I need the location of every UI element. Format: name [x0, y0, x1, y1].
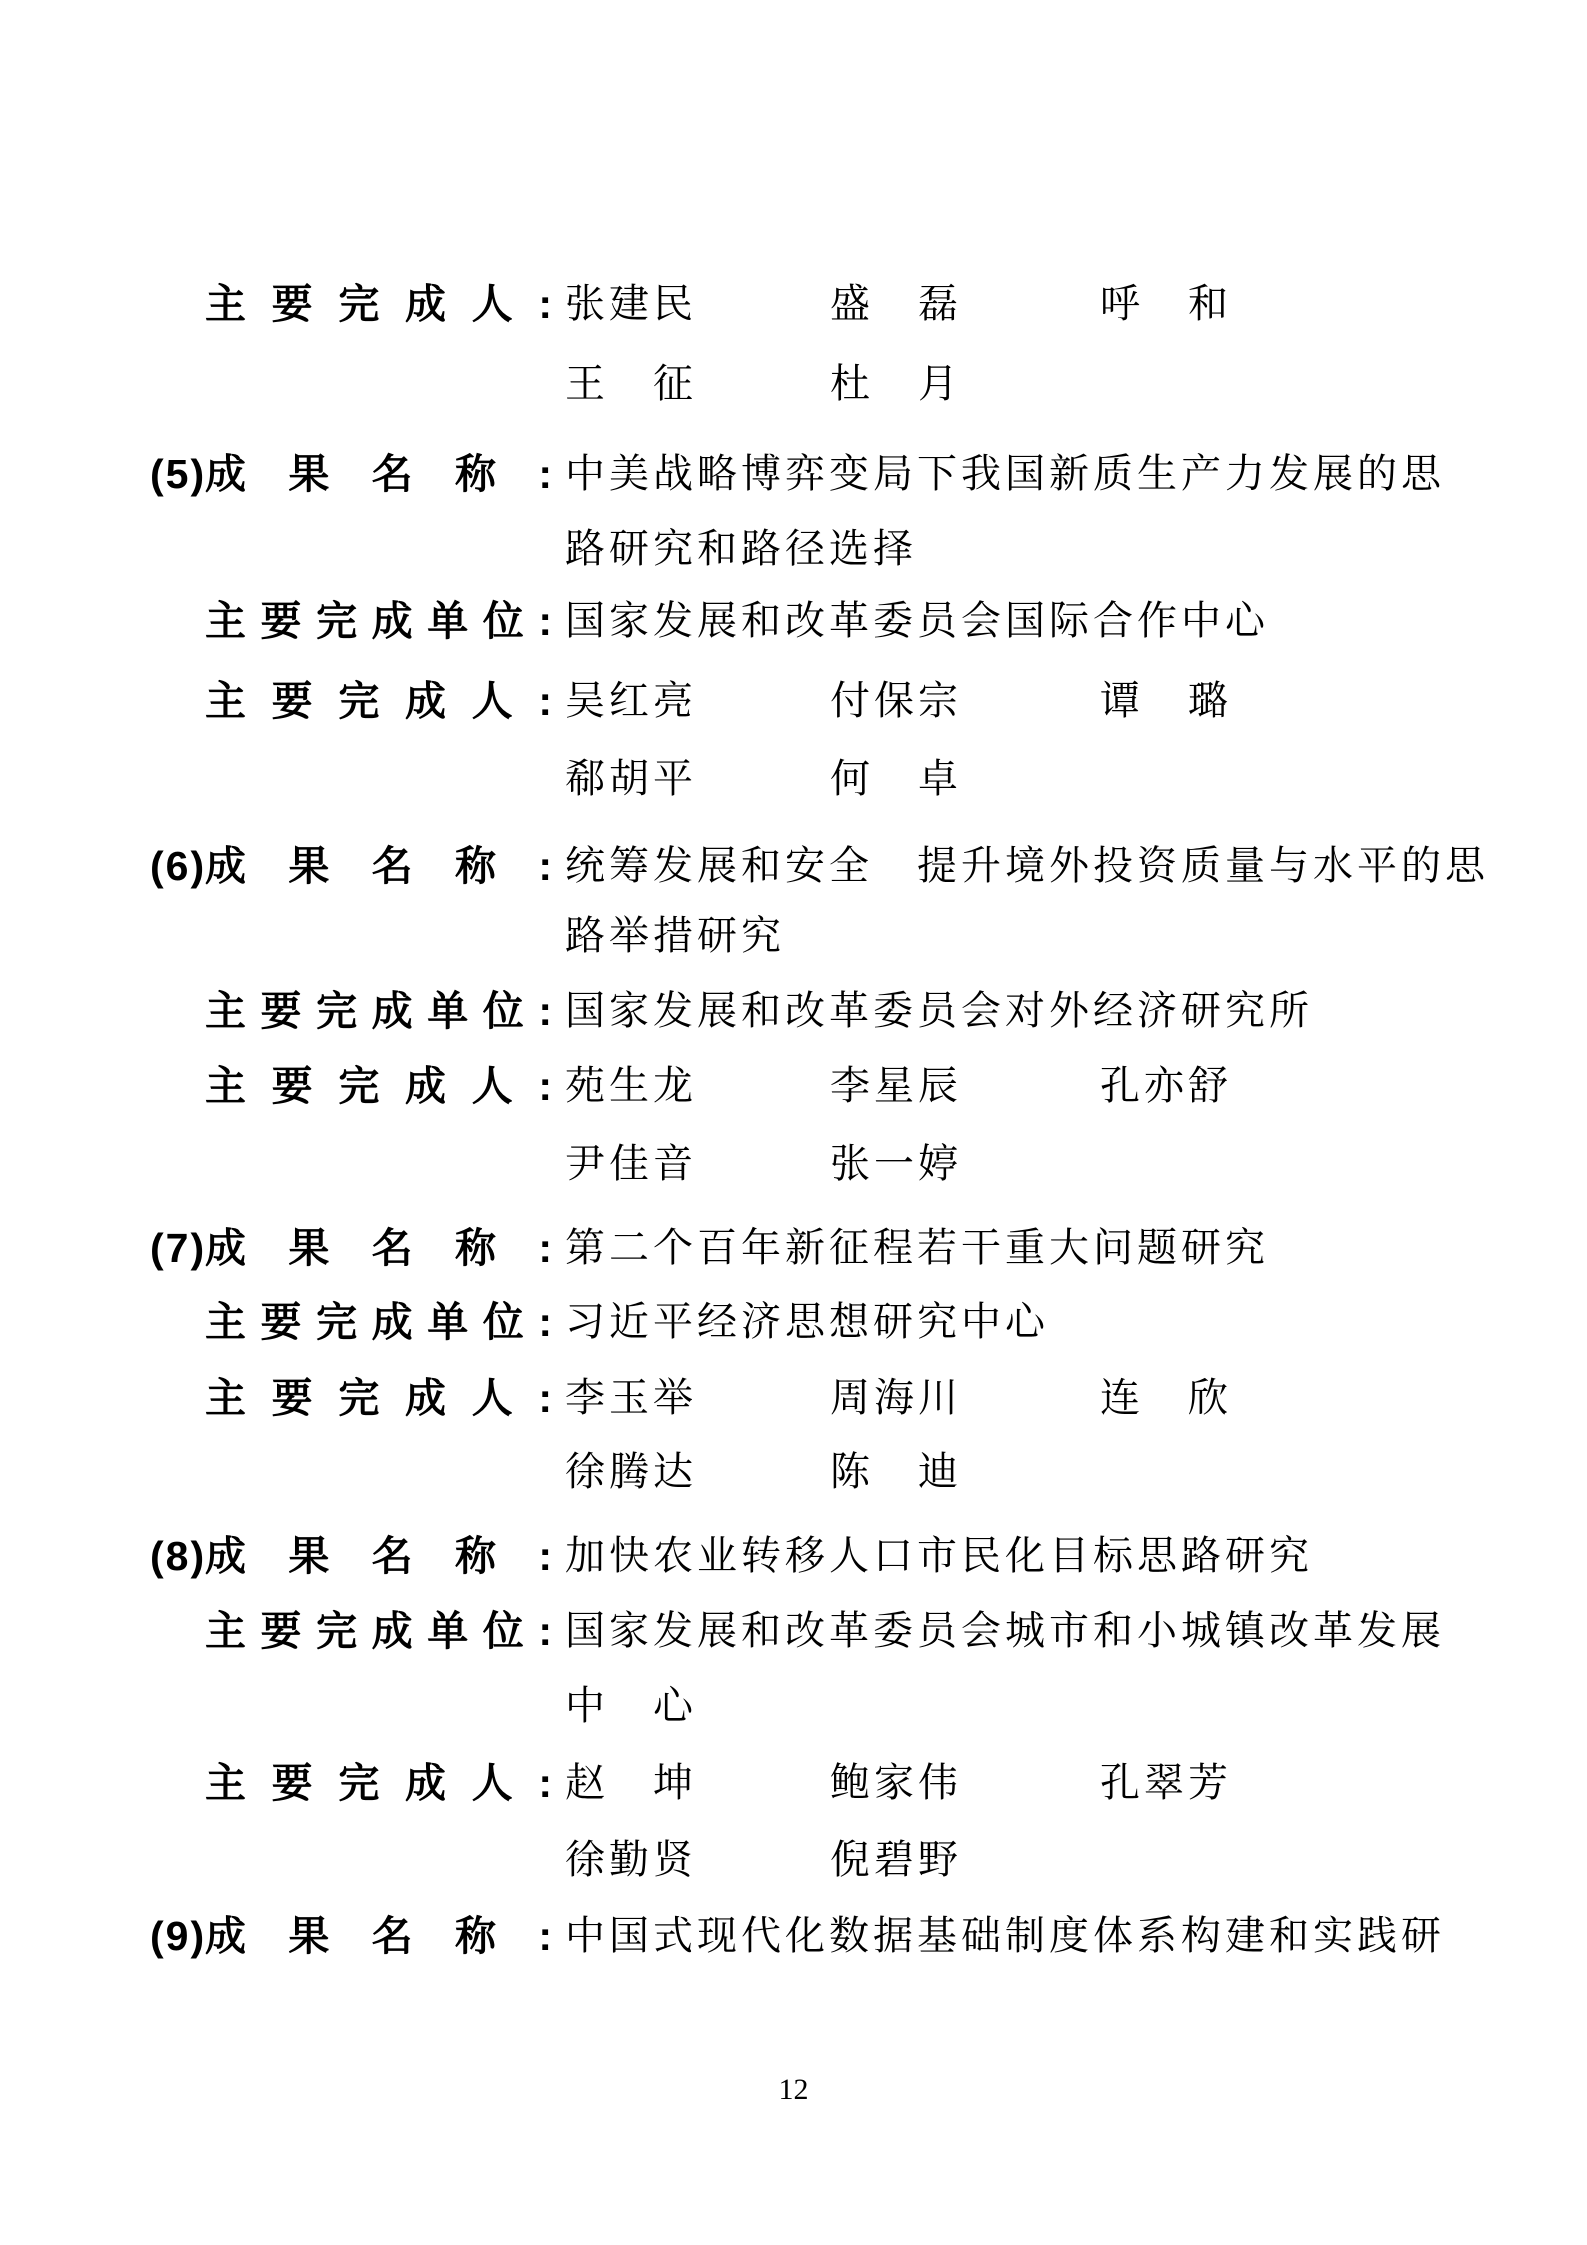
item-5-unit-row: 主要完成单位: 国家发展和改革委员会国际合作中心 [0, 595, 1587, 647]
person-name: 付保宗 [830, 675, 1100, 727]
person-name: 张建民 [565, 278, 830, 330]
person-name: 李玉举 [565, 1372, 830, 1424]
item-6-unit-row: 主要完成单位: 国家发展和改革委员会对外经济研究所 [0, 985, 1587, 1037]
item-5-title-line-1: (5) 成果名称: 中美战略博弈变局下我国新质生产力发展的思 [0, 448, 1587, 500]
item-7-unit-row: 主要完成单位: 习近平经济思想研究中心 [0, 1296, 1587, 1348]
person-name: 孔亦舒 [1100, 1060, 1232, 1112]
main-unit-label: 主要完成单位: [205, 1296, 552, 1348]
unit-name: 国家发展和改革委员会城市和小城镇改革发展 [565, 1605, 1445, 1657]
item-6-title-line-1: (6) 成果名称: 统筹发展和安全 提升境外投资质量与水平的思 [0, 840, 1587, 892]
person-name: 呼 和 [1100, 278, 1232, 330]
person-name: 苑生龙 [565, 1060, 830, 1112]
item-8-title-line-1: (8) 成果名称: 加快农业转移人口市民化目标思路研究 [0, 1530, 1587, 1582]
result-title: 路举措研究 [565, 910, 785, 962]
person-name: 徐勤贤 [565, 1834, 830, 1886]
main-person-label: 主要完成人: [205, 1757, 552, 1809]
item-7-person-row-2: 徐腾达 陈 迪 [0, 1446, 1587, 1498]
person-name: 周海川 [830, 1372, 1100, 1424]
item-8-person-row-2: 徐勤贤 倪碧野 [0, 1834, 1587, 1886]
person-name: 陈 迪 [830, 1446, 1100, 1498]
item-5-title-line-2: 路研究和路径选择 [0, 523, 1587, 575]
result-name-label: 成果名称: [205, 1530, 552, 1582]
person-name: 鲍家伟 [830, 1757, 1100, 1809]
person-name: 赵 坤 [565, 1757, 830, 1809]
item-9-title-line-1: (9) 成果名称: 中国式现代化数据基础制度体系构建和实践研 [0, 1910, 1587, 1962]
page-number: 12 [0, 2070, 1587, 2110]
item-7-title-line-1: (7) 成果名称: 第二个百年新征程若干重大问题研究 [0, 1222, 1587, 1274]
result-title: 路研究和路径选择 [565, 523, 917, 575]
person-name: 吴红亮 [565, 675, 830, 727]
main-person-label: 主要完成人: [205, 1060, 552, 1112]
main-person-label: 主要完成人: [205, 278, 552, 330]
item-5-person-row-1: 主要完成人: 吴红亮 付保宗 谭 璐 [0, 675, 1587, 727]
person-name: 何 卓 [830, 753, 1100, 805]
unit-name: 国家发展和改革委员会对外经济研究所 [565, 985, 1313, 1037]
item-number: (6) [150, 840, 206, 892]
person-name: 连 欣 [1100, 1372, 1232, 1424]
main-unit-label: 主要完成单位: [205, 595, 552, 647]
main-person-label: 主要完成人: [205, 1372, 552, 1424]
result-name-label: 成果名称: [205, 1222, 552, 1274]
person-name: 倪碧野 [830, 1834, 1100, 1886]
item-6-person-row-2: 尹佳音 张一婷 [0, 1138, 1587, 1190]
result-name-label: 成果名称: [205, 448, 552, 500]
unit-name: 习近平经济思想研究中心 [565, 1296, 1049, 1348]
unit-name: 国家发展和改革委员会国际合作中心 [565, 595, 1269, 647]
main-unit-label: 主要完成单位: [205, 1605, 552, 1657]
main-person-label: 主要完成人: [205, 675, 552, 727]
person-name: 李星辰 [830, 1060, 1100, 1112]
item-8-unit-row-2: 中 心 [0, 1680, 1587, 1732]
result-title: 中国式现代化数据基础制度体系构建和实践研 [565, 1910, 1445, 1962]
main-unit-label: 主要完成单位: [205, 985, 552, 1037]
item-6-person-row-1: 主要完成人: 苑生龙 李星辰 孔亦舒 [0, 1060, 1587, 1112]
document-page: 主要完成人: 张建民 盛 磊 呼 和 王 征 杜 月 (5) 成果名称: 中美战… [0, 0, 1587, 2245]
person-name: 盛 磊 [830, 278, 1100, 330]
item-8-person-row-1: 主要完成人: 赵 坤 鲍家伟 孔翠芳 [0, 1757, 1587, 1809]
item-number: (9) [150, 1910, 206, 1962]
person-name: 徐腾达 [565, 1446, 830, 1498]
result-title: 统筹发展和安全 提升境外投资质量与水平的思 [565, 840, 1489, 892]
person-name: 杜 月 [830, 358, 1100, 410]
item-5-person-row-2: 郗胡平 何 卓 [0, 753, 1587, 805]
person-name: 张一婷 [830, 1138, 1100, 1190]
result-title: 加快农业转移人口市民化目标思路研究 [565, 1530, 1313, 1582]
person-name: 尹佳音 [565, 1138, 830, 1190]
carryover-person-row-1: 主要完成人: 张建民 盛 磊 呼 和 [0, 278, 1587, 330]
item-6-title-line-2: 路举措研究 [0, 910, 1587, 962]
carryover-person-row-2: 王 征 杜 月 [0, 358, 1587, 410]
person-name: 郗胡平 [565, 753, 830, 805]
result-name-label: 成果名称: [205, 840, 552, 892]
item-7-person-row-1: 主要完成人: 李玉举 周海川 连 欣 [0, 1372, 1587, 1424]
item-number: (7) [150, 1222, 206, 1274]
result-title: 第二个百年新征程若干重大问题研究 [565, 1222, 1269, 1274]
item-8-unit-row-1: 主要完成单位: 国家发展和改革委员会城市和小城镇改革发展 [0, 1605, 1587, 1657]
person-name: 谭 璐 [1100, 675, 1232, 727]
person-name: 王 征 [565, 358, 830, 410]
person-name: 孔翠芳 [1100, 1757, 1232, 1809]
result-name-label: 成果名称: [205, 1910, 552, 1962]
unit-name: 中 心 [565, 1680, 697, 1732]
item-number: (8) [150, 1530, 206, 1582]
result-title: 中美战略博弈变局下我国新质生产力发展的思 [565, 448, 1445, 500]
item-number: (5) [150, 448, 206, 500]
